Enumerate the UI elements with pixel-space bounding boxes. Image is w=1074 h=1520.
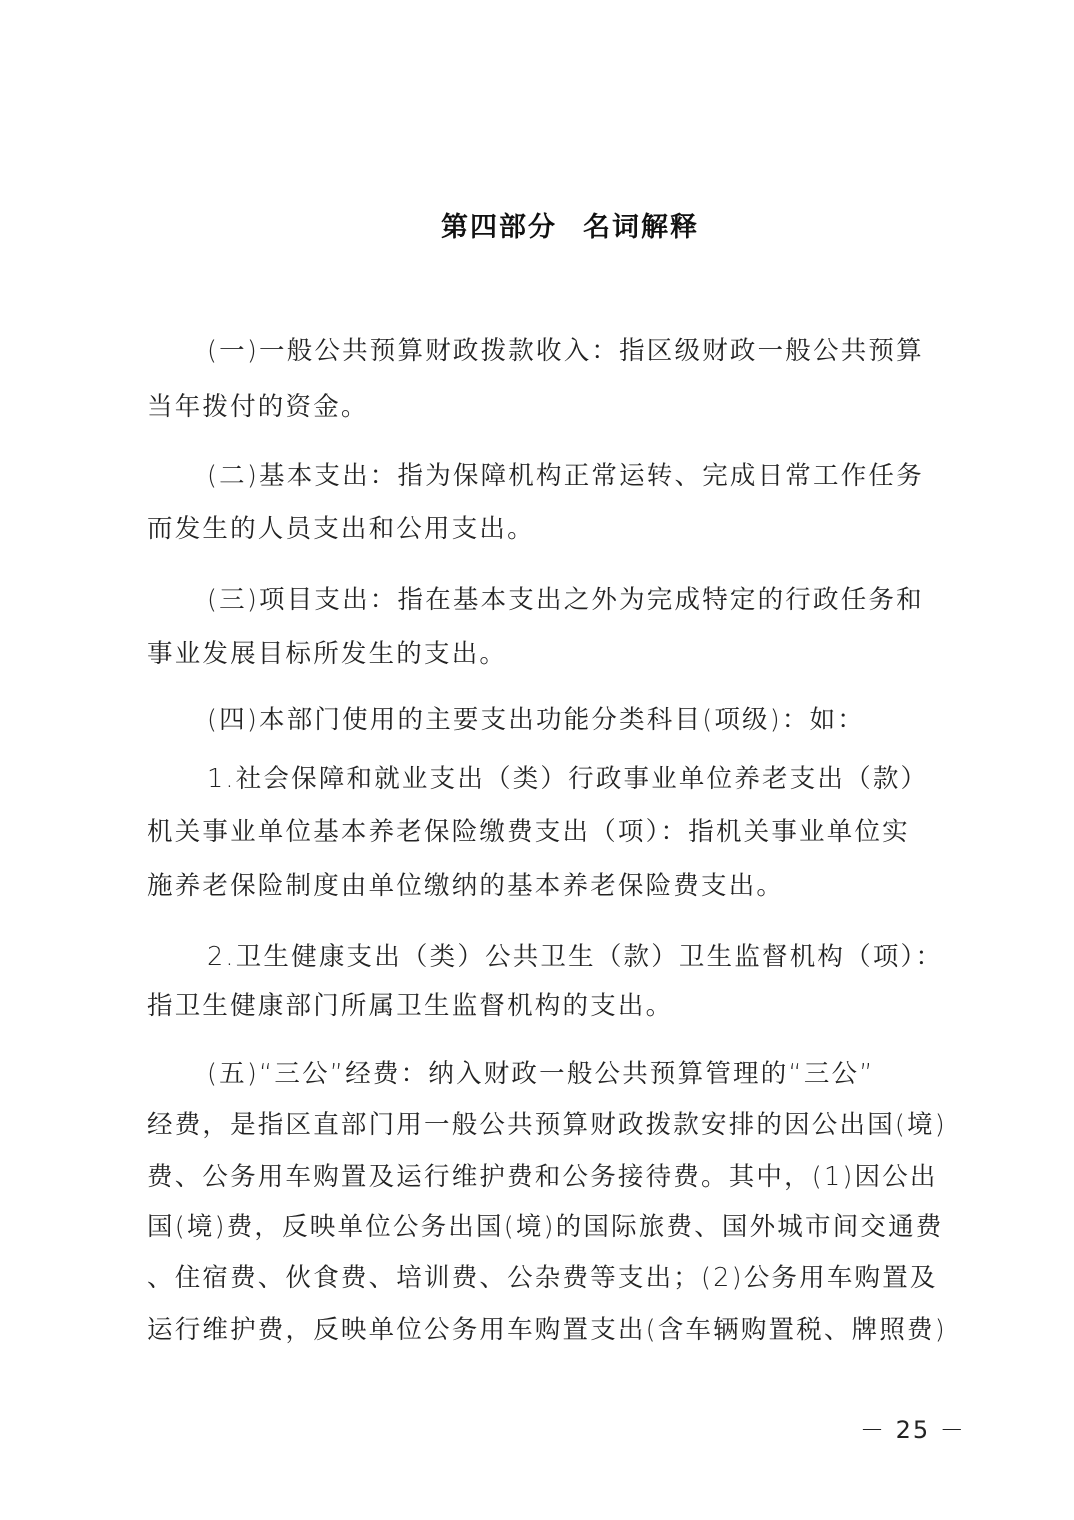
paragraph-5-line-5: 、住宿费、伙食费、培训费、公杂费等支出；(2)公务用车购置及 (147, 1258, 947, 1298)
item-1-line-3: 施养老保险制度由单位缴纳的基本养老保险费支出。 (147, 866, 947, 906)
section-title-part: 第四部分 (441, 212, 557, 243)
paragraph-3-line-2: 事业发展目标所发生的支出。 (147, 634, 947, 674)
paragraph-1-line-2: 当年拨付的资金。 (147, 387, 947, 427)
page-number: － 25 － (860, 1412, 966, 1448)
paragraph-1-line-1: (一)一般公共预算财政拨款收入：指区级财政一般公共预算 (207, 331, 1007, 371)
paragraph-4-line-1: (四)本部门使用的主要支出功能分类科目(项级)：如： (207, 700, 1007, 740)
paragraph-5-line-4: 国(境)费，反映单位公务出国(境)的国际旅费、国外城市间交通费 (147, 1207, 947, 1247)
paragraph-5-line-6: 运行维护费，反映单位公务用车购置支出(含车辆购置税、牌照费) (147, 1310, 947, 1350)
item-1-line-2: 机关事业单位基本养老保险缴费支出（项）：指机关事业单位实 (147, 812, 947, 852)
paragraph-3-line-1: (三)项目支出：指在基本支出之外为完成特定的行政任务和 (207, 580, 1007, 620)
item-1-line-1: 1.社会保障和就业支出（类）行政事业单位养老支出（款） (207, 759, 1007, 799)
paragraph-5-line-1: (五)“三公”经费：纳入财政一般公共预算管理的“三公” (207, 1054, 1007, 1094)
section-title: 第四部分名词解释 (0, 208, 1074, 248)
paragraph-5-line-3: 费、公务用车购置及运行维护费和公务接待费。其中，(1)因公出 (147, 1157, 947, 1197)
section-title-name: 名词解释 (583, 212, 699, 243)
paragraph-2-line-1: (二)基本支出：指为保障机构正常运转、完成日常工作任务 (207, 456, 1007, 496)
item-2-line-1: 2.卫生健康支出（类）公共卫生（款）卫生监督机构（项）： (207, 937, 1007, 977)
paragraph-2-line-2: 而发生的人员支出和公用支出。 (147, 509, 947, 549)
paragraph-5-line-2: 经费，是指区直部门用一般公共预算财政拨款安排的因公出国(境) (147, 1105, 947, 1145)
item-2-line-2: 指卫生健康部门所属卫生监督机构的支出。 (147, 986, 947, 1026)
document-page: 第四部分名词解释 (一)一般公共预算财政拨款收入：指区级财政一般公共预算 当年拨… (0, 0, 1074, 1520)
